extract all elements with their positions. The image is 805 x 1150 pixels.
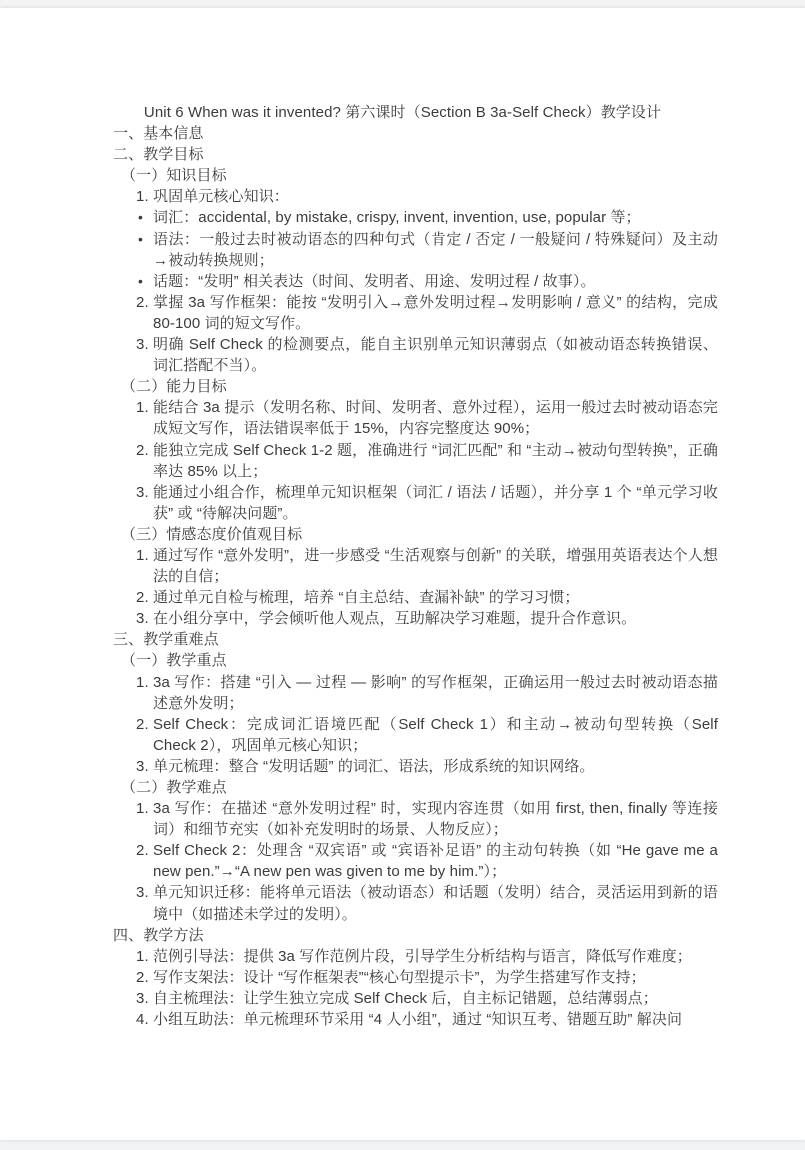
number-marker: 2. [136,587,149,608]
document-viewer: Unit 6 When was it invented? 第六课时（Sectio… [0,0,805,1150]
numbered-item: 2.Self Check：完成词汇语境匹配（Self Check 1）和主动→被… [113,714,718,756]
item-text: 能通过小组合作，梳理单元知识框架（词汇 / 语法 / 话题），并分享 1 个 “… [153,484,718,522]
number-marker: 1. [136,545,149,566]
number-marker: 3. [136,756,149,777]
number-marker: 2. [136,967,149,988]
section-heading: 二、教学目标 [113,144,718,165]
item-text: 能独立完成 Self Check 1-2 题，准确进行 “词汇匹配” 和 “主动… [153,442,718,480]
numbered-item: 1.通过写作 “意外发明”，进一步感受 “生活观察与创新” 的关联，增强用英语表… [113,545,718,587]
sub-heading: （一）教学重点 [121,650,718,671]
numbered-item: 1.能结合 3a 提示（发明名称、时间、发明者、意外过程），运用一般过去时被动语… [113,397,718,439]
item-text: 掌握 3a 写作框架：能按 “发明引入→意外发明过程→发明影响 / 意义” 的结… [153,294,718,332]
section-heading: 四、教学方法 [113,925,718,946]
number-marker: 1. [136,672,149,693]
item-text: 词汇：accidental, by mistake, crispy, inven… [153,209,641,226]
item-text: 单元梳理：整合 “发明话题” 的词汇、语法，形成系统的知识网络。 [153,758,595,775]
numbered-item: 1.3a 写作：在描述 “意外发明过程” 时，实现内容连贯（如用 first, … [113,798,718,840]
item-text: 小组互助法：单元梳理环节采用 “4 人小组”，通过 “知识互考、错题互助” 解决… [153,1011,682,1028]
item-text: 写作支架法：设计 “写作框架表”“核心句型提示卡”，为学生搭建写作支持； [153,969,646,986]
numbered-item: 1.范例引导法：提供 3a 写作范例片段，引导学生分析结构与语言，降低写作难度； [113,946,718,967]
item-text: 自主梳理法：让学生独立完成 Self Check 后，自主标记错题，总结薄弱点； [153,990,658,1007]
numbered-item: 2.通过单元自检与梳理，培养 “自主总结、查漏补缺” 的学习习惯； [113,587,718,608]
item-text: 话题：“发明” 相关表达（时间、发明者、用途、发明过程 / 故事）。 [153,273,596,290]
number-marker: 3. [136,608,149,629]
numbered-item: 2.写作支架法：设计 “写作框架表”“核心句型提示卡”，为学生搭建写作支持； [113,967,718,988]
number-marker: 3. [136,334,149,355]
item-text: 在小组分享中，学会倾听他人观点，互助解决学习难题，提升合作意识。 [153,610,636,627]
item-text: 通过写作 “意外发明”，进一步感受 “生活观察与创新” 的关联，增强用英语表达个… [153,547,718,585]
item-text: Self Check 2：处理含 “双宾语” 或 “宾语补足语” 的主动句转换（… [153,842,718,880]
number-marker: 2. [136,292,149,313]
bullet-marker: • [138,207,143,228]
number-marker: 3. [136,482,149,503]
numbered-item: 2.掌握 3a 写作框架：能按 “发明引入→意外发明过程→发明影响 / 意义” … [113,292,718,334]
sub-heading: （二）教学难点 [121,777,718,798]
document-body: Unit 6 When was it invented? 第六课时（Sectio… [113,102,718,1030]
item-text: 明确 Self Check 的检测要点，能自主识别单元知识薄弱点（如被动语态转换… [153,336,718,374]
bullet-marker: • [138,229,143,250]
numbered-item: 4.小组互助法：单元梳理环节采用 “4 人小组”，通过 “知识互考、错题互助” … [113,1009,718,1030]
item-text: 单元知识迁移：能将单元语法（被动语态）和话题（发明）结合，灵活运用到新的语境中（… [153,884,718,922]
section-heading: 一、基本信息 [113,123,718,144]
sub-heading: （一）知识目标 [121,165,718,186]
item-text: 能结合 3a 提示（发明名称、时间、发明者、意外过程），运用一般过去时被动语态完… [153,399,718,437]
numbered-item: 3.单元知识迁移：能将单元语法（被动语态）和话题（发明）结合，灵活运用到新的语境… [113,882,718,924]
document-blocks: 一、基本信息二、教学目标（一）知识目标1.巩固单元核心知识：•词汇：accide… [113,123,718,1030]
number-marker: 3. [136,988,149,1009]
numbered-item: 3.单元梳理：整合 “发明话题” 的词汇、语法，形成系统的知识网络。 [113,756,718,777]
numbered-item: 2.能独立完成 Self Check 1-2 题，准确进行 “词汇匹配” 和 “… [113,440,718,482]
numbered-item: 1.巩固单元核心知识： [113,186,718,207]
sub-heading: （二）能力目标 [121,376,718,397]
item-text: 通过单元自检与梳理，培养 “自主总结、查漏补缺” 的学习习惯； [153,589,579,606]
item-text: 3a 写作：搭建 “引入 — 过程 — 影响” 的写作框架，正确运用一般过去时被… [153,674,718,712]
bullet-marker: • [138,271,143,292]
bullet-item: •语法：一般过去时被动语态的四种句式（肯定 / 否定 / 一般疑问 / 特殊疑问… [113,229,718,271]
bullet-item: •词汇：accidental, by mistake, crispy, inve… [113,207,718,228]
number-marker: 1. [136,798,149,819]
number-marker: 4. [136,1009,149,1030]
numbered-item: 3.明确 Self Check 的检测要点，能自主识别单元知识薄弱点（如被动语态… [113,334,718,376]
document-title: Unit 6 When was it invented? 第六课时（Sectio… [0,102,805,123]
numbered-item: 3.在小组分享中，学会倾听他人观点，互助解决学习难题，提升合作意识。 [113,608,718,629]
numbered-item: 2.Self Check 2：处理含 “双宾语” 或 “宾语补足语” 的主动句转… [113,840,718,882]
number-marker: 1. [136,186,149,207]
numbered-item: 3.自主梳理法：让学生独立完成 Self Check 后，自主标记错题，总结薄弱… [113,988,718,1009]
item-text: 语法：一般过去时被动语态的四种句式（肯定 / 否定 / 一般疑问 / 特殊疑问）… [153,231,718,269]
sub-heading: （三）情感态度价值观目标 [121,524,718,545]
numbered-item: 1.3a 写作：搭建 “引入 — 过程 — 影响” 的写作框架，正确运用一般过去… [113,672,718,714]
number-marker: 3. [136,882,149,903]
item-text: 巩固单元核心知识： [153,188,289,205]
number-marker: 2. [136,714,149,735]
numbered-item: 3.能通过小组合作，梳理单元知识框架（词汇 / 语法 / 话题），并分享 1 个… [113,482,718,524]
item-text: Self Check：完成词汇语境匹配（Self Check 1）和主动→被动句… [153,716,718,754]
section-heading: 三、教学重难点 [113,629,718,650]
bullet-item: •话题：“发明” 相关表达（时间、发明者、用途、发明过程 / 故事）。 [113,271,718,292]
number-marker: 1. [136,946,149,967]
number-marker: 2. [136,840,149,861]
item-text: 3a 写作：在描述 “意外发明过程” 时，实现内容连贯（如用 first, th… [153,800,718,838]
document-page: Unit 6 When was it invented? 第六课时（Sectio… [0,8,805,1140]
number-marker: 2. [136,440,149,461]
item-text: 范例引导法：提供 3a 写作范例片段，引导学生分析结构与语言，降低写作难度； [153,948,692,965]
number-marker: 1. [136,397,149,418]
